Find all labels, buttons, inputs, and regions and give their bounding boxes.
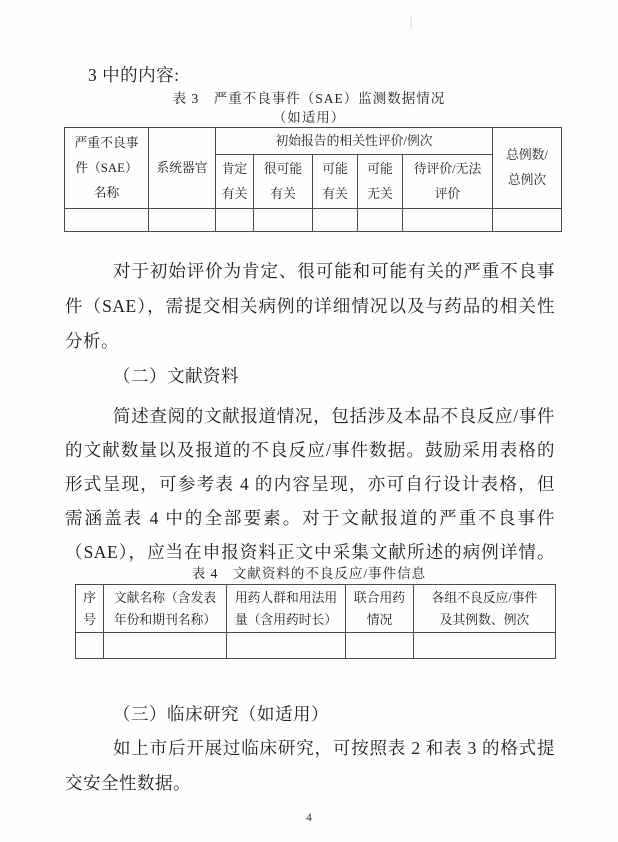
table3-empty-cell (358, 209, 403, 232)
table4-empty-cell (346, 633, 414, 659)
table3-header-possible: 可能 有关 (313, 155, 358, 209)
sae-note-paragraph: 对于初始评价为肯定、很可能和可能有关的严重不良事件（SAE），需提交相关病例的详… (65, 254, 555, 359)
table3-header-initial-eval-group: 初始报告的相关性评价/例次 (216, 128, 493, 155)
table4-empty-cell (227, 633, 346, 659)
table3-empty-cell (65, 209, 149, 232)
table3-header-pending: 待评价/无法 评价 (403, 155, 493, 209)
body-line-continuation: 3 中的内容: (65, 58, 555, 93)
scan-artifact (410, 16, 412, 30)
text-line: 如上市后开展过临床研究，可按照表 2 和表 3 的格式提 (65, 731, 555, 766)
table4-header-literature-name: 文献名称（含发表 年份和期刊名称） (104, 585, 227, 633)
table3-title: 表 3 严重不良事件（SAE）监测数据情况 (0, 90, 618, 108)
text-line: 交安全性数据。 (65, 766, 555, 801)
table4-empty-cell (104, 633, 227, 659)
table4-empty-cell (414, 633, 556, 659)
table4-literature-events: 序 号 文献名称（含发表 年份和期刊名称） 用药人群和用法用 量（含用药时长） … (75, 584, 556, 659)
table3-empty-cell (493, 209, 562, 232)
table3-subtitle: （如适用） (0, 109, 618, 127)
table3-sae-monitoring: 严重不良事 件（SAE） 名称 系统器官 初始报告的相关性评价/例次 总例数/ … (64, 127, 562, 232)
page-number: 4 (0, 812, 618, 824)
clinical-paragraph: 如上市后开展过临床研究，可按照表 2 和表 3 的格式提交安全性数据。 (65, 731, 555, 801)
section-heading-literature: （二）文献资料 (65, 359, 555, 394)
table3-header-possibly-unrelated: 可能 无关 (358, 155, 403, 209)
table3-empty-cell (216, 209, 254, 232)
text-line: 对于初始评价为肯定、很可能和可能有关的严重不良事 (65, 254, 555, 289)
table4-header-index: 序 号 (76, 585, 104, 633)
table4-title: 表 4 文献资料的不良反应/事件信息 (0, 565, 618, 583)
table3-header-very-likely: 很可能 有关 (254, 155, 313, 209)
text-line: 形式呈现，可参考表 4 的内容呈现，亦可自行设计表格，但 (65, 467, 555, 501)
table4-header-groups-events: 各组不良反应/事件 及其例数、例次 (414, 585, 556, 633)
section-heading-clinical: （三）临床研究（如适用） (65, 697, 555, 732)
table3-header-total: 总例数/ 总例次 (493, 128, 562, 209)
table4-header-population-usage: 用药人群和用法用 量（含用药时长） (227, 585, 346, 633)
text-line: 简述查阅的文献报道情况，包括涉及本品不良反应/事件 (65, 399, 555, 433)
text-line: 的文献数量以及报道的不良反应/事件数据。鼓励采用表格的 (65, 433, 555, 467)
table3-empty-cell (403, 209, 493, 232)
table3-empty-row (65, 209, 562, 232)
table3-empty-cell (149, 209, 216, 232)
table4-header-combination: 联合用药 情况 (346, 585, 414, 633)
table3-header-certain: 肯定 有关 (216, 155, 254, 209)
text-line: 需涵盖表 4 中的全部要素。对于文献报道的严重不良事件 (65, 501, 555, 535)
table3-empty-cell (313, 209, 358, 232)
text-line: 件（SAE），需提交相关病例的详细情况以及与药品的相关性 (65, 289, 555, 324)
literature-paragraph: 简述查阅的文献报道情况，包括涉及本品不良反应/事件的文献数量以及报道的不良反应/… (65, 399, 555, 569)
table4-empty-row (76, 633, 556, 659)
text-line: 分析。 (65, 324, 555, 359)
table3-header-sae-name: 严重不良事 件（SAE） 名称 (65, 128, 149, 209)
text-line: （SAE），应当在申报资料正文中采集文献所述的病例详情。 (65, 535, 555, 569)
document-page: 3 中的内容: 表 3 严重不良事件（SAE）监测数据情况 （如适用） 严重不良… (0, 0, 618, 842)
table3-empty-cell (254, 209, 313, 232)
table3-header-system-organ: 系统器官 (149, 128, 216, 209)
table4-empty-cell (76, 633, 104, 659)
